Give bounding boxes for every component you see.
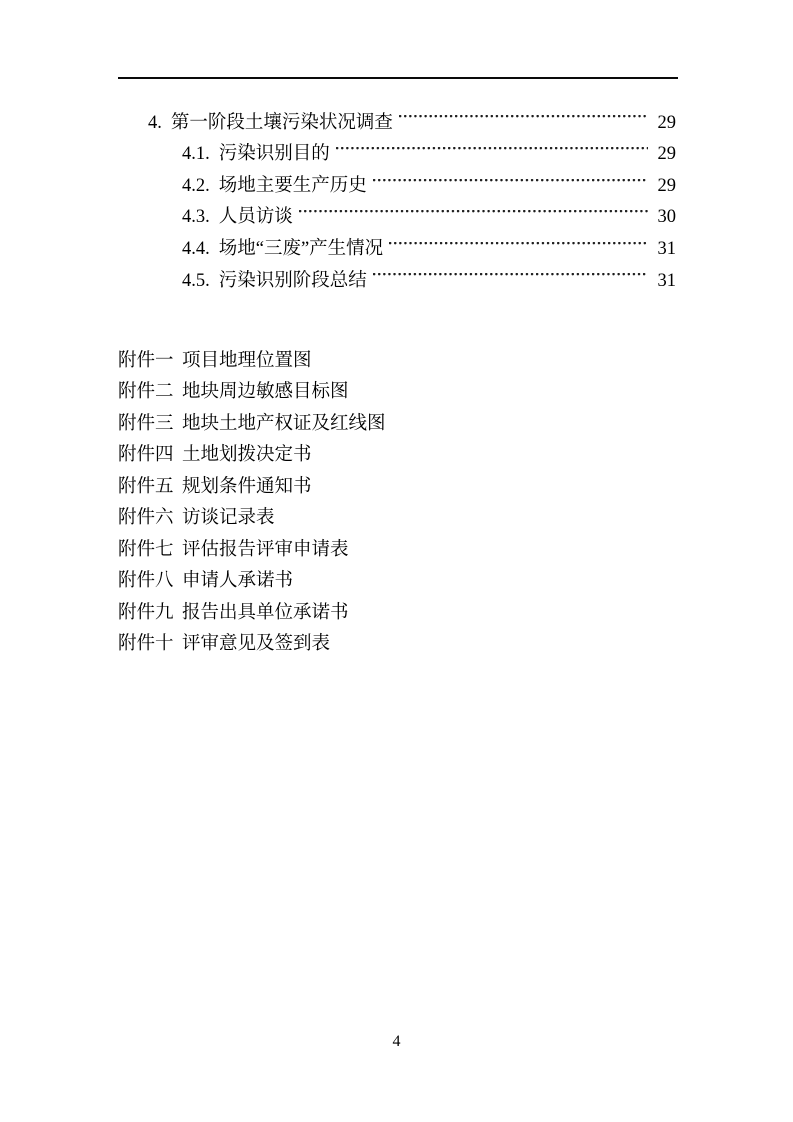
attachment-item: 附件八 申请人承诺书 bbox=[118, 566, 678, 598]
toc-leader-dots bbox=[389, 222, 648, 254]
attachment-title: 评审意见及签到表 bbox=[182, 629, 330, 661]
attachment-label: 附件六 bbox=[118, 503, 182, 535]
attachment-title: 规划条件通知书 bbox=[182, 472, 312, 504]
page-number: 4 bbox=[393, 1033, 401, 1050]
attachment-label: 附件一 bbox=[118, 346, 182, 378]
toc-page-number: 30 bbox=[652, 202, 676, 234]
attachment-item: 附件五 规划条件通知书 bbox=[118, 472, 678, 504]
toc-leader-dots bbox=[373, 159, 648, 191]
attachment-title: 申请人承诺书 bbox=[182, 566, 293, 598]
attachment-label: 附件七 bbox=[118, 535, 182, 567]
attachment-title: 项目地理位置图 bbox=[182, 346, 312, 378]
toc-entry-number: 4.2. bbox=[182, 171, 210, 203]
toc-entry-number: 4.4. bbox=[182, 234, 210, 266]
page-content: 4. 第一阶段土壤污染状况调查 29 4.1. 污染识别目的 29 4.2. 场… bbox=[118, 77, 678, 661]
table-of-contents: 4. 第一阶段土壤污染状况调查 29 4.1. 污染识别目的 29 4.2. 场… bbox=[118, 96, 678, 286]
attachment-label: 附件五 bbox=[118, 472, 182, 504]
toc-entry[interactable]: 4. 第一阶段土壤污染状况调查 29 bbox=[118, 96, 678, 128]
toc-page-number: 31 bbox=[652, 234, 676, 266]
toc-leader-dots bbox=[373, 254, 648, 286]
toc-page-number: 31 bbox=[652, 266, 676, 298]
attachment-item: 附件一 项目地理位置图 bbox=[118, 346, 678, 378]
toc-page-number: 29 bbox=[652, 108, 676, 140]
page-footer: 4 bbox=[0, 1028, 793, 1056]
toc-entry-number: 4. bbox=[148, 108, 162, 140]
attachment-title: 地块周边敏感目标图 bbox=[182, 377, 349, 409]
toc-page-number: 29 bbox=[652, 171, 676, 203]
header-rule bbox=[118, 77, 678, 79]
attachment-item: 附件四 土地划拨决定书 bbox=[118, 440, 678, 472]
attachment-item: 附件三 地块土地产权证及红线图 bbox=[118, 409, 678, 441]
attachment-label: 附件三 bbox=[118, 409, 182, 441]
document-page: 4. 第一阶段土壤污染状况调查 29 4.1. 污染识别目的 29 4.2. 场… bbox=[0, 0, 793, 1122]
attachment-label: 附件八 bbox=[118, 566, 182, 598]
toc-entry-title: 污染识别目的 bbox=[219, 139, 330, 171]
toc-leader-dots bbox=[399, 96, 648, 128]
attachment-title: 土地划拨决定书 bbox=[182, 440, 312, 472]
toc-leader-dots bbox=[336, 128, 648, 160]
attachment-label: 附件四 bbox=[118, 440, 182, 472]
attachment-title: 地块土地产权证及红线图 bbox=[182, 409, 386, 441]
toc-entry-number: 4.1. bbox=[182, 139, 210, 171]
attachment-label: 附件九 bbox=[118, 598, 182, 630]
attachment-label: 附件二 bbox=[118, 377, 182, 409]
toc-entry-number: 4.5. bbox=[182, 266, 210, 298]
toc-entry-title: 污染识别阶段总结 bbox=[219, 266, 367, 298]
attachments-list: 附件一 项目地理位置图 附件二 地块周边敏感目标图 附件三 地块土地产权证及红线… bbox=[118, 346, 678, 661]
toc-entry-title: 人员访谈 bbox=[219, 202, 293, 234]
toc-page-number: 29 bbox=[652, 139, 676, 171]
toc-entry-title: 场地“三废”产生情况 bbox=[219, 234, 383, 266]
attachment-title: 访谈记录表 bbox=[182, 503, 275, 535]
toc-leader-dots bbox=[299, 191, 648, 223]
attachment-item: 附件七 评估报告评审申请表 bbox=[118, 535, 678, 567]
attachment-title: 评估报告评审申请表 bbox=[182, 535, 349, 567]
attachment-title: 报告出具单位承诺书 bbox=[182, 598, 349, 630]
toc-entry-number: 4.3. bbox=[182, 202, 210, 234]
attachment-item: 附件九 报告出具单位承诺书 bbox=[118, 598, 678, 630]
attachment-item: 附件十 评审意见及签到表 bbox=[118, 629, 678, 661]
attachment-item: 附件二 地块周边敏感目标图 bbox=[118, 377, 678, 409]
attachment-label: 附件十 bbox=[118, 629, 182, 661]
attachment-item: 附件六 访谈记录表 bbox=[118, 503, 678, 535]
